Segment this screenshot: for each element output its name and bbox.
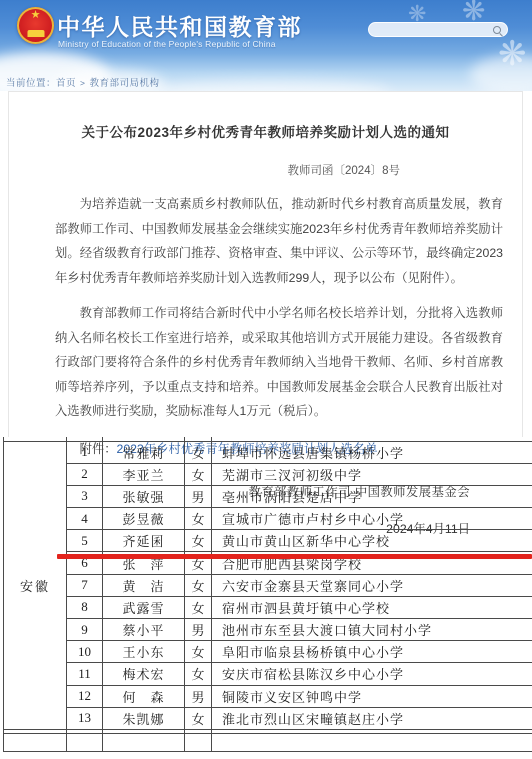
attachment-table: 安徽1常雅莉女蚌埠市怀远县唐集镇杨桥小学2李亚兰女芜湖市三汊河初级中学3张敏强男… — [3, 437, 532, 759]
province-cell: 安徽 — [4, 441, 67, 729]
school-cell: 芜湖市三汊河初级中学 — [212, 463, 532, 485]
table-row: 2李亚兰女芜湖市三汊河初级中学 — [4, 463, 532, 485]
table-row: 8武露雪女宿州市泗县黄圩镇中心学校 — [4, 596, 532, 618]
site-subtitle: Ministry of Education of the People's Re… — [58, 39, 276, 49]
row-number-cell: 2 — [67, 463, 103, 485]
name-cell: 常雅莉 — [103, 441, 185, 463]
doc-number: 教师司函〔2024〕8号 — [9, 162, 400, 178]
school-cell: 阜阳市临泉县杨桥镇中心小学 — [212, 641, 532, 663]
table-row: 安徽1常雅莉女蚌埠市怀远县唐集镇杨桥小学 — [4, 441, 532, 463]
name-cell: 张敏强 — [103, 485, 185, 507]
table-stub-cell — [67, 733, 103, 751]
table-row: 13朱凯娜女淮北市烈山区宋疃镇赵庄小学 — [4, 707, 532, 729]
page: ❋ ❋ ❋ 中华人民共和国教育部 Ministry of Education o… — [0, 0, 532, 759]
row-number-cell: 13 — [67, 707, 103, 729]
notice-card: 关于公布2023年乡村优秀青年教师培养奖励计划人选的通知 教师司函〔2024〕8… — [8, 91, 523, 437]
national-emblem-logo-icon — [17, 7, 54, 44]
table-row: 11梅术宏女安庆市宿松县陈汉乡中心小学 — [4, 663, 532, 685]
gender-cell: 女 — [185, 530, 212, 552]
breadcrumb: 当前位置：首页>教育部司局机构 — [6, 75, 160, 89]
site-search[interactable] — [368, 22, 508, 37]
gender-cell: 男 — [185, 619, 212, 641]
row-number-cell: 12 — [67, 685, 103, 707]
table-stub-cell — [185, 733, 212, 751]
row-number-cell: 10 — [67, 641, 103, 663]
gender-cell: 女 — [185, 463, 212, 485]
site-title: 中华人民共和国教育部 — [57, 9, 302, 42]
gender-cell: 女 — [185, 596, 212, 618]
row-number-cell: 4 — [67, 508, 103, 530]
school-cell: 黄山市黄山区新华中心学校 — [212, 530, 532, 552]
name-cell: 蔡小平 — [103, 619, 185, 641]
cloud-decoration — [150, 80, 390, 91]
search-icon[interactable] — [493, 26, 501, 34]
gender-cell: 男 — [185, 685, 212, 707]
table-stub-cell — [4, 733, 67, 751]
attachment-table-body: 安徽1常雅莉女蚌埠市怀远县唐集镇杨桥小学2李亚兰女芜湖市三汊河初级中学3张敏强男… — [4, 437, 532, 751]
name-cell: 齐延囷 — [103, 530, 185, 552]
row-number-cell: 9 — [67, 619, 103, 641]
table-row: 12何 森男铜陵市义安区钟鸣中学 — [4, 685, 532, 707]
school-cell: 淮北市烈山区宋疃镇赵庄小学 — [212, 707, 532, 729]
notice-paragraph: 教育部教师工作司将结合新时代中小学名师名校长培养计划，分批将入选教师纳入名师名校… — [55, 301, 503, 424]
table-row: 5齐延囷女黄山市黄山区新华中心学校 — [4, 530, 532, 552]
gender-cell: 女 — [185, 441, 212, 463]
school-cell: 铜陵市义安区钟鸣中学 — [212, 685, 532, 707]
row-number-cell: 7 — [67, 574, 103, 596]
school-cell: 安庆市宿松县陈汉乡中心小学 — [212, 663, 532, 685]
notice-paragraph: 为培养造就一支高素质乡村教师队伍，推动新时代乡村教育高质量发展，教育部教师工作司… — [55, 192, 503, 290]
table-row: 3张敏强男亳州市涡阳县楚店中学 — [4, 485, 532, 507]
gender-cell: 男 — [185, 485, 212, 507]
breadcrumb-label: 当前位置： — [6, 78, 56, 89]
table-stub-cell — [103, 733, 185, 751]
gender-cell: 女 — [185, 663, 212, 685]
gender-cell: 女 — [185, 641, 212, 663]
row-number-cell: 3 — [67, 485, 103, 507]
gender-cell: 女 — [185, 508, 212, 530]
row-number-cell: 11 — [67, 663, 103, 685]
school-cell: 宿州市泗县黄圩镇中心学校 — [212, 596, 532, 618]
search-input[interactable] — [377, 23, 489, 36]
notice-title: 关于公布2023年乡村优秀青年教师培养奖励计划人选的通知 — [29, 121, 502, 141]
name-cell: 梅术宏 — [103, 663, 185, 685]
row-number-cell: 1 — [67, 441, 103, 463]
cloud-decoration — [470, 55, 532, 91]
site-header: ❋ ❋ ❋ 中华人民共和国教育部 Ministry of Education o… — [0, 0, 532, 91]
name-cell: 王小东 — [103, 641, 185, 663]
name-cell: 何 森 — [103, 685, 185, 707]
table-row: 7黄 洁女六安市金寨县天堂寨同心小学 — [4, 574, 532, 596]
name-cell: 李亚兰 — [103, 463, 185, 485]
name-cell: 武露雪 — [103, 596, 185, 618]
breadcrumb-home-link[interactable]: 首页 — [56, 78, 76, 89]
school-cell: 蚌埠市怀远县唐集镇杨桥小学 — [212, 441, 532, 463]
breadcrumb-section-link[interactable]: 教育部司局机构 — [90, 78, 160, 89]
highlight-underline — [57, 554, 532, 559]
name-cell: 朱凯娜 — [103, 707, 185, 729]
school-cell: 亳州市涡阳县楚店中学 — [212, 485, 532, 507]
name-cell: 黄 洁 — [103, 574, 185, 596]
roster-table: 安徽1常雅莉女蚌埠市怀远县唐集镇杨桥小学2李亚兰女芜湖市三汊河初级中学3张敏强男… — [3, 437, 532, 752]
school-cell: 六安市金寨县天堂寨同心小学 — [212, 574, 532, 596]
school-cell: 池州市东至县大渡口镇大同村小学 — [212, 619, 532, 641]
table-row: 10王小东女阜阳市临泉县杨桥镇中心小学 — [4, 641, 532, 663]
table-row: 4彭昱薇女宣城市广德市卢村乡中心小学 — [4, 508, 532, 530]
school-cell: 宣城市广德市卢村乡中心小学 — [212, 508, 532, 530]
gender-cell: 女 — [185, 707, 212, 729]
row-number-cell: 5 — [67, 530, 103, 552]
gender-cell: 女 — [185, 574, 212, 596]
table-stub-cell — [212, 733, 532, 751]
table-row: 9蔡小平男池州市东至县大渡口镇大同村小学 — [4, 619, 532, 641]
name-cell: 彭昱薇 — [103, 508, 185, 530]
row-number-cell: 8 — [67, 596, 103, 618]
breadcrumb-separator: > — [80, 78, 85, 88]
